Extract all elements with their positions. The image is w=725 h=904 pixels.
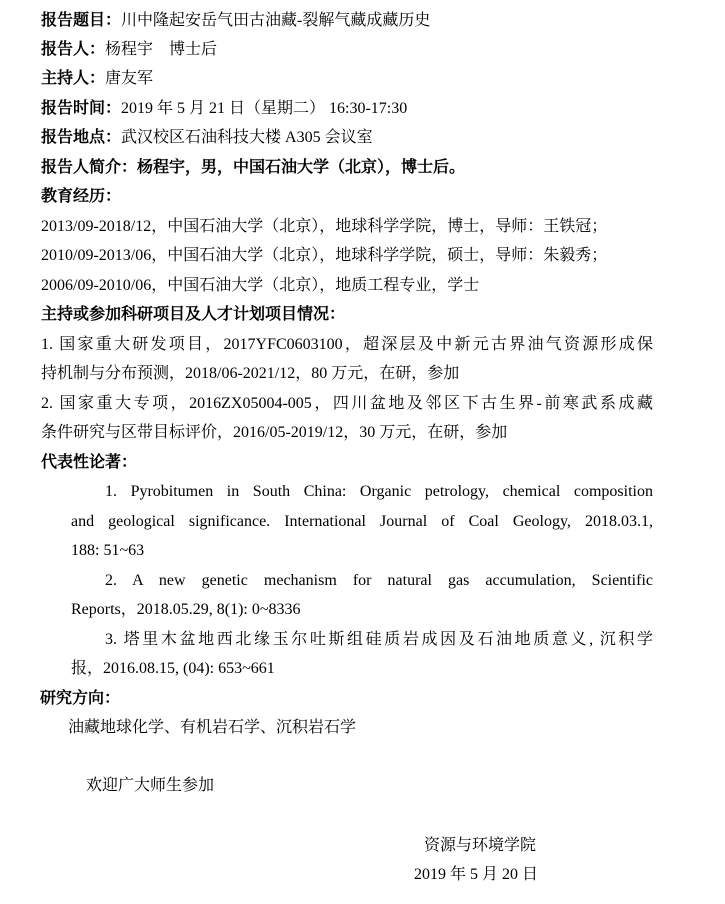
seminar-notice: 报告题目：川中隆起安岳气田古油藏-裂解气藏成藏历史 报告人：杨程宇 博士后 主持… xyxy=(0,0,725,904)
speaker-value: 杨程宇 博士后 xyxy=(105,41,217,58)
title-row: 报告题目：川中隆起安岳气田古油藏-裂解气藏成藏历史 xyxy=(41,11,430,31)
title-value: 川中隆起安岳气田古油藏-裂解气藏成藏历史 xyxy=(121,12,430,29)
host-label: 主持人： xyxy=(41,70,105,87)
project-item-line: 1. 国家重大研发项目，2017YFC0603100，超深层及中新元古界油气资源… xyxy=(41,335,653,355)
title-label: 报告题目： xyxy=(41,12,121,29)
publication-line: Reports，2018.05.29, 8(1): 0~8336 xyxy=(71,600,653,620)
publication-line: and geological significance. Internation… xyxy=(71,512,653,532)
time-label: 报告时间： xyxy=(41,100,121,117)
education-heading: 教育经历： xyxy=(41,187,121,207)
location-row: 报告地点：武汉校区石油科技大楼 A305 会议室 xyxy=(41,128,373,148)
publication-line: 报，2016.08.15, (04): 653~661 xyxy=(71,659,653,679)
location-value: 武汉校区石油科技大楼 A305 会议室 xyxy=(121,129,373,146)
publications-heading: 代表性论著： xyxy=(41,453,137,473)
publication-line: 3. 塔里木盆地西北缘玉尔吐斯组硅质岩成因及石油地质意义, 沉积学 xyxy=(71,630,653,650)
project-item-line: 持机制与分布预测，2018/06-2021/12，80 万元，在研，参加 xyxy=(41,364,459,384)
speaker-row: 报告人：杨程宇 博士后 xyxy=(41,40,217,60)
research-value: 油藏地球化学、有机岩石学、沉积岩石学 xyxy=(68,718,356,738)
project-item-line: 条件研究与区带目标评价，2016/05-2019/12，30 万元，在研，参加 xyxy=(41,423,507,443)
research-heading: 研究方向： xyxy=(40,689,120,709)
host-value: 唐友军 xyxy=(105,70,153,87)
education-item: 2013/09-2018/12，中国石油大学（北京），地球科学学院，博士，导师：… xyxy=(41,217,607,237)
education-item: 2010/09-2013/06，中国石油大学（北京），地球科学学院，硕士，导师：… xyxy=(41,246,607,266)
education-item: 2006/09-2010/06，中国石油大学（北京），地质工程专业，学士 xyxy=(41,276,479,296)
project-item-line: 2. 国家重大专项，2016ZX05004-005，四川盆地及邻区下古生界-前寒… xyxy=(41,394,653,414)
location-label: 报告地点： xyxy=(41,129,121,146)
publication-line: 1. Pyrobitumen in South China: Organic p… xyxy=(71,482,653,502)
time-value: 2019 年 5 月 21 日（星期二） 16:30-17:30 xyxy=(121,100,407,117)
host-row: 主持人：唐友军 xyxy=(41,69,153,89)
welcome-text: 欢迎广大师生参加 xyxy=(86,776,214,796)
signature-date: 2019 年 5 月 20 日 xyxy=(414,865,538,885)
bio-label: 报告人简介： xyxy=(41,159,137,176)
publication-line: 188: 51~63 xyxy=(71,541,653,561)
bio-row: 报告人简介：杨程宇，男，中国石油大学（北京），博士后。 xyxy=(41,158,465,178)
signature-org: 资源与环境学院 xyxy=(424,836,536,856)
speaker-label: 报告人： xyxy=(41,41,105,58)
projects-heading: 主持或参加科研项目及人才计划项目情况： xyxy=(41,305,345,325)
time-row: 报告时间：2019 年 5 月 21 日（星期二） 16:30-17:30 xyxy=(41,99,407,119)
bio-value: 杨程宇，男，中国石油大学（北京），博士后。 xyxy=(137,159,465,176)
publication-line: 2. A new genetic mechanism for natural g… xyxy=(71,571,653,591)
